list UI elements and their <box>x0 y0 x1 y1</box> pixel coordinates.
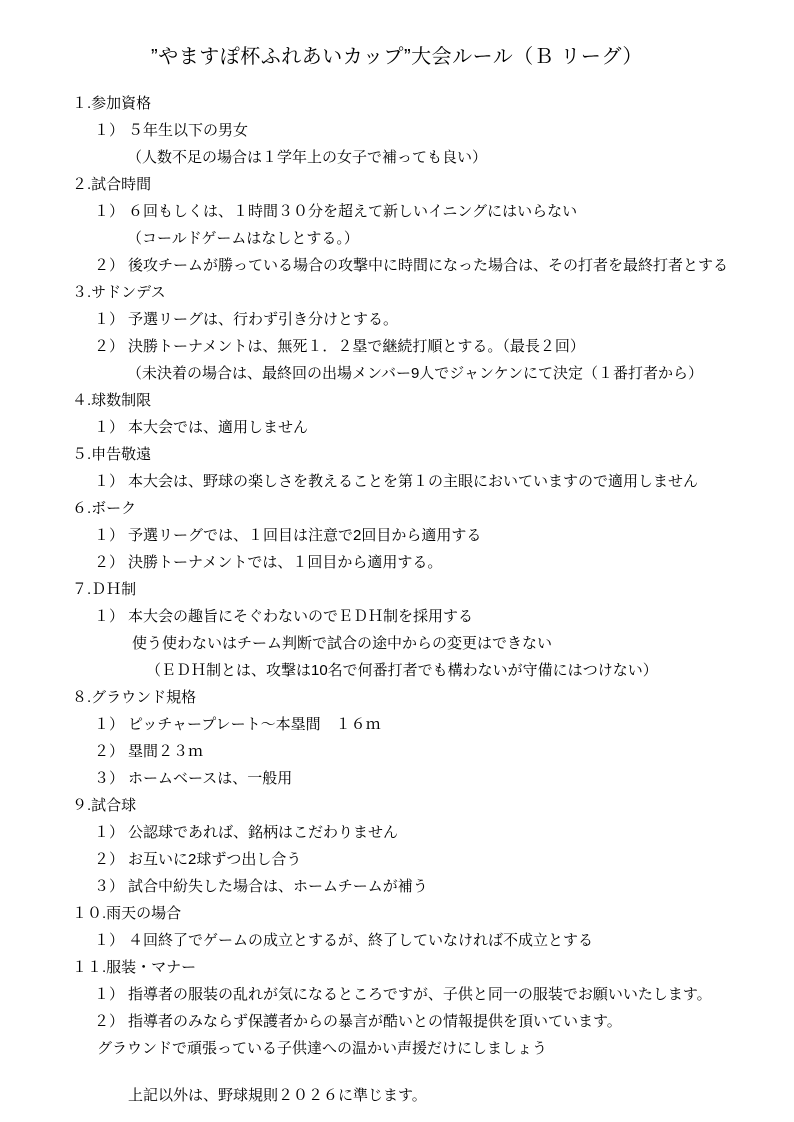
item-text: 試合中紛失した場合は、ホームチームが補う <box>128 878 428 895</box>
item-marker: １） <box>94 117 128 144</box>
item-text: ５年生以下の男女 <box>128 122 248 139</box>
item-marker: ２） <box>94 252 128 279</box>
item-text: 本大会は、野球の楽しさを教えることを第１の主眼においていますので適用しません <box>128 473 698 490</box>
rule-item: １）ピッチャープレート～本塁間 １６ｍ <box>0 711 794 738</box>
item-marker: １） <box>94 711 128 738</box>
item-marker: １） <box>94 198 128 225</box>
rule-continuation: 使う使わないはチーム判断で試合の途中からの変更はできない <box>0 630 794 657</box>
section-heading: ８.グラウンド規格 <box>0 684 794 711</box>
rule-note: （人数不足の場合は１学年上の女子で補っても良い） <box>0 144 794 171</box>
item-marker: １） <box>94 468 128 495</box>
item-marker: ２） <box>94 738 128 765</box>
rule-item: ２）後攻チームが勝っている場合の攻撃中に時間になった場合は、その打者を最終打者と… <box>0 252 794 279</box>
rule-item: ２）決勝トーナメントでは、１回目から適用する。 <box>0 549 794 576</box>
rule-item: １）予選リーグは、行わず引き分けとする。 <box>0 306 794 333</box>
item-marker: １） <box>94 819 128 846</box>
item-marker: ２） <box>94 1008 128 1035</box>
section-heading: ６.ボーク <box>0 495 794 522</box>
rule-item: １）６回もしくは、１時間３０分を超えて新しいイニングにはいらない <box>0 198 794 225</box>
section-heading: １.参加資格 <box>0 90 794 117</box>
item-marker: ２） <box>94 549 128 576</box>
rule-item: ２）決勝トーナメントは、無死１．２塁で継続打順とする。（最長２回） <box>0 333 794 360</box>
item-marker: １） <box>94 522 128 549</box>
item-marker: ２） <box>94 846 128 873</box>
rule-item: ２）お互いに2球ずつ出し合う <box>0 846 794 873</box>
rule-item: １）本大会の趣旨にそぐわないのでＥＤＨ制を採用する <box>0 603 794 630</box>
item-text: ホームベースは、一般用 <box>128 770 292 787</box>
rule-item: １）指導者の服装の乱れが気になるところですが、子供と同一の服装でお願いいたします… <box>0 981 794 1008</box>
section-heading: ２.試合時間 <box>0 171 794 198</box>
section-2: ２.試合時間 １）６回もしくは、１時間３０分を超えて新しいイニングにはいらない … <box>0 171 794 279</box>
item-marker: ３） <box>94 873 128 900</box>
rule-note: （ＥＤＨ制とは、攻撃は10名で何番打者でも構わないが守備にはつけない） <box>0 657 794 684</box>
section-heading: １１.服装・マナー <box>0 954 794 981</box>
item-text: 本大会の趣旨にそぐわないのでＥＤＨ制を採用する <box>128 608 473 625</box>
section-10: １０.雨天の場合 １）４回終了でゲームの成立とするが、終了していなければ不成立と… <box>0 900 794 954</box>
item-text: 決勝トーナメントは、無死１．２塁で継続打順とする。（最長２回） <box>128 338 585 355</box>
rule-item: １）公認球であれば、銘柄はこだわりません <box>0 819 794 846</box>
section-5: ５.申告敬遠 １）本大会は、野球の楽しさを教えることを第１の主眼においていますの… <box>0 441 794 495</box>
item-text: 公認球であれば、銘柄はこだわりません <box>128 824 398 841</box>
item-marker: ２） <box>94 333 128 360</box>
item-text: ピッチャープレート～本塁間 １６ｍ <box>128 716 381 733</box>
item-marker: １） <box>94 414 128 441</box>
item-marker: １） <box>94 603 128 630</box>
item-marker: １） <box>94 927 128 954</box>
section-9: ９.試合球 １）公認球であれば、銘柄はこだわりません ２）お互いに2球ずつ出し合… <box>0 792 794 900</box>
item-marker: ３） <box>94 765 128 792</box>
item-marker: １） <box>94 981 128 1008</box>
item-text: 指導者の服装の乱れが気になるところですが、子供と同一の服装でお願いいたします。 <box>128 986 712 1003</box>
rule-item: １）本大会は、野球の楽しさを教えることを第１の主眼においていますので適用しません <box>0 468 794 495</box>
rule-item: １）５年生以下の男女 <box>0 117 794 144</box>
item-text: 予選リーグでは、１回目は注意で2回目から適用する <box>128 527 481 544</box>
item-text: ６回もしくは、１時間３０分を超えて新しいイニングにはいらない <box>128 203 577 220</box>
section-8: ８.グラウンド規格 １）ピッチャープレート～本塁間 １６ｍ ２）塁間２３ｍ ３）… <box>0 684 794 792</box>
section-heading: ３.サドンデス <box>0 279 794 306</box>
item-text: お互いに2球ずつ出し合う <box>128 851 301 868</box>
rule-note: （コールドゲームはなしとする。） <box>0 225 794 252</box>
rule-note: （未決着の場合は、最終回の出場メンバー9人でジャンケンにて決定（１番打者から） <box>0 360 794 387</box>
item-text: 本大会では、適用しません <box>128 419 308 436</box>
item-text: 指導者のみならず保護者からの暴言が酷いとの情報提供を頂いています。 <box>128 1013 622 1030</box>
document-page: ”やますぽ杯ふれあいカップ”大会ルール（Ｂ リーグ） １.参加資格 １）５年生以… <box>0 0 794 1122</box>
rule-item: １）予選リーグでは、１回目は注意で2回目から適用する <box>0 522 794 549</box>
section-7: ７.ＤＨ制 １）本大会の趣旨にそぐわないのでＥＤＨ制を採用する 使う使わないはチ… <box>0 576 794 684</box>
footer-note: 上記以外は、野球規則２０２６に準じます。 <box>0 1082 794 1109</box>
item-marker: １） <box>94 306 128 333</box>
rule-item: ３）ホームベースは、一般用 <box>0 765 794 792</box>
section-heading: １０.雨天の場合 <box>0 900 794 927</box>
rule-continuation: グラウンドで頑張っている子供達への温かい声援だけにしましょう <box>0 1035 794 1062</box>
item-text: 後攻チームが勝っている場合の攻撃中に時間になった場合は、その打者を最終打者とする <box>128 257 728 274</box>
rule-item: ３）試合中紛失した場合は、ホームチームが補う <box>0 873 794 900</box>
item-text: 塁間２３ｍ <box>128 743 203 760</box>
rule-item: １）４回終了でゲームの成立とするが、終了していなければ不成立とする <box>0 927 794 954</box>
section-1: １.参加資格 １）５年生以下の男女 （人数不足の場合は１学年上の女子で補っても良… <box>0 90 794 171</box>
section-heading: ７.ＤＨ制 <box>0 576 794 603</box>
section-heading: ５.申告敬遠 <box>0 441 794 468</box>
section-heading: ４.球数制限 <box>0 387 794 414</box>
section-heading: ９.試合球 <box>0 792 794 819</box>
item-text: ４回終了でゲームの成立とするが、終了していなければ不成立とする <box>128 932 593 949</box>
section-6: ６.ボーク １）予選リーグでは、１回目は注意で2回目から適用する ２）決勝トーナ… <box>0 495 794 576</box>
rule-item: １）本大会では、適用しません <box>0 414 794 441</box>
item-text: 予選リーグは、行わず引き分けとする。 <box>128 311 398 328</box>
section-3: ３.サドンデス １）予選リーグは、行わず引き分けとする。 ２）決勝トーナメントは… <box>0 279 794 387</box>
document-title: ”やますぽ杯ふれあいカップ”大会ルール（Ｂ リーグ） <box>0 0 794 72</box>
item-text: 決勝トーナメントでは、１回目から適用する。 <box>128 554 442 571</box>
section-4: ４.球数制限 １）本大会では、適用しません <box>0 387 794 441</box>
rule-item: ２）塁間２３ｍ <box>0 738 794 765</box>
rule-item: ２）指導者のみならず保護者からの暴言が酷いとの情報提供を頂いています。 <box>0 1008 794 1035</box>
document-body: １.参加資格 １）５年生以下の男女 （人数不足の場合は１学年上の女子で補っても良… <box>0 72 794 1109</box>
section-11: １１.服装・マナー １）指導者の服装の乱れが気になるところですが、子供と同一の服… <box>0 954 794 1062</box>
